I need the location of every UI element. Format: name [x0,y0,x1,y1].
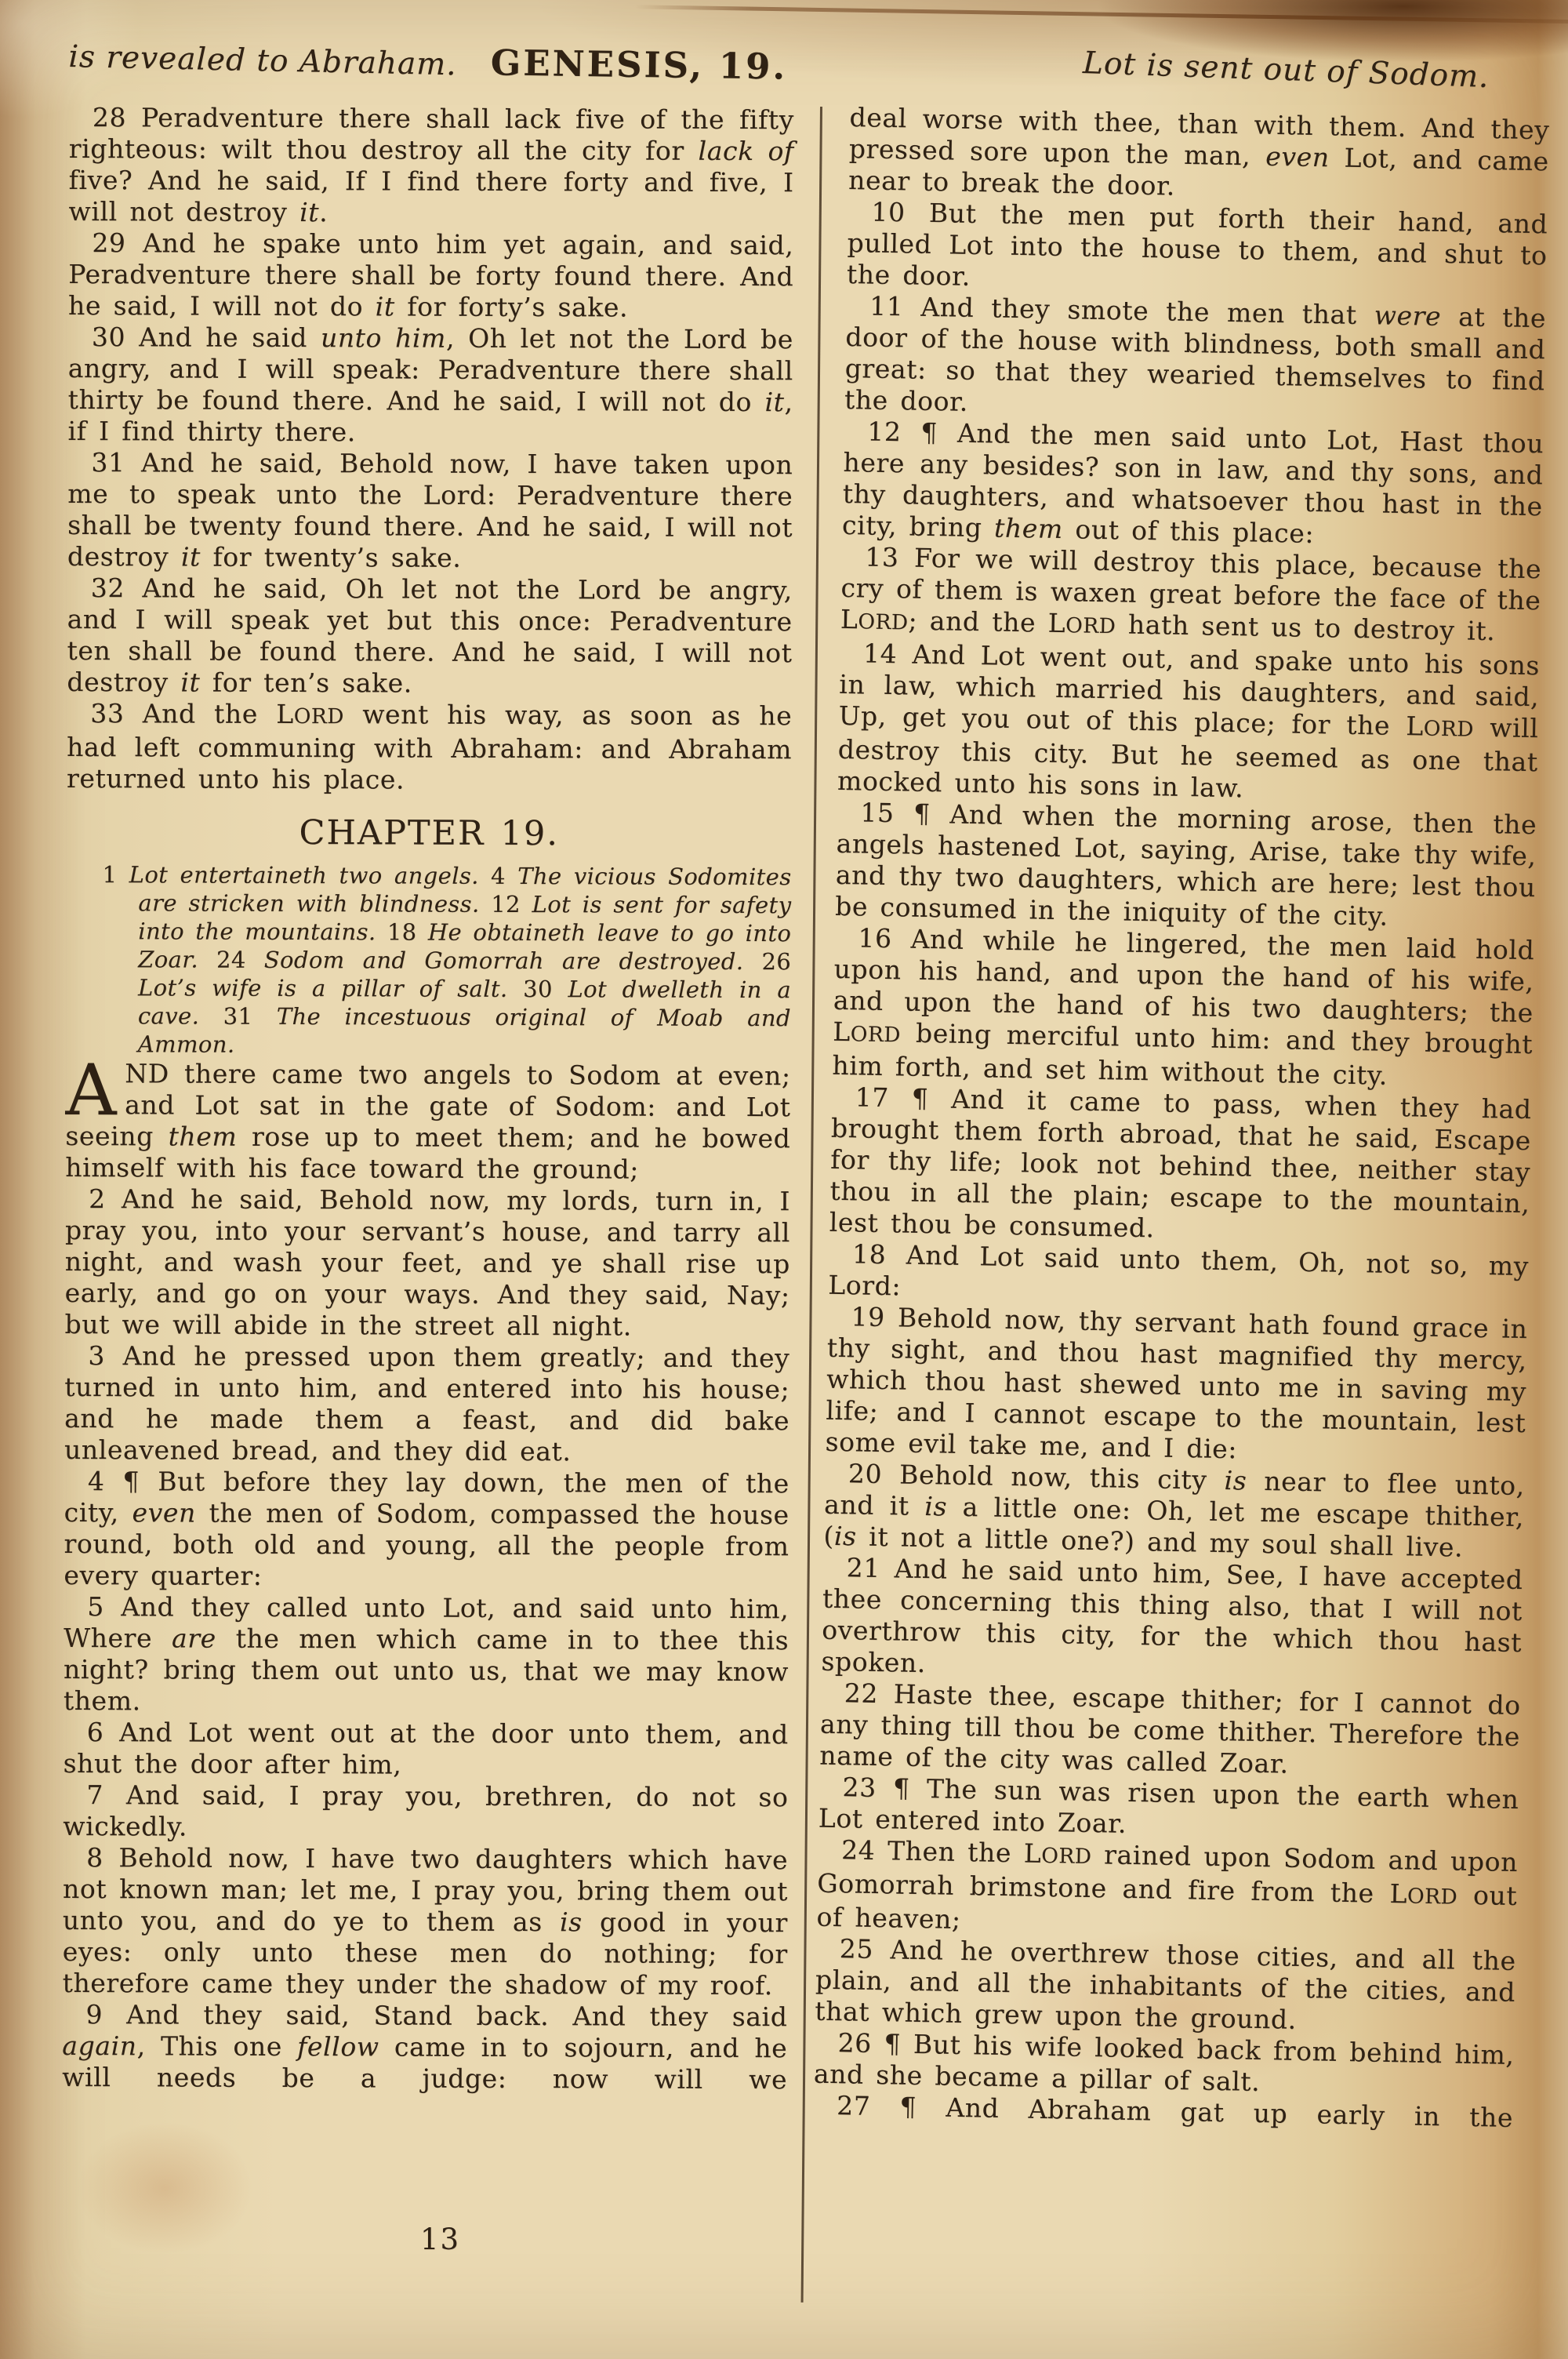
verse-11: 11 And they smote the men that were at t… [844,290,1547,428]
verse-10: 10 But the men put forth their hand, and… [847,196,1548,303]
verse-number: 31 [91,447,125,478]
chapter-heading: CHAPTER 19. [67,816,792,850]
verse-number: 15 [860,797,895,828]
verse-29: 29 And he spake unto him yet again, and … [68,227,793,324]
verse-number: 6 [87,1717,104,1747]
verse-number: 5 [87,1591,104,1622]
left-column: 28 Peradventure there shall lack five of… [62,102,794,2095]
verse-17: 17 ¶ And it came to pass, when they had … [829,1081,1532,1251]
verse-4: 4 ¶ But before they lay down, the men of… [64,1466,789,1594]
verse-number: 12 [867,416,902,447]
verse-number: 30 [92,322,125,352]
verse-7: 7 And said, I pray you, brethren, do not… [63,1779,788,1845]
verse-31: 31 And he said, Behold now, I have taken… [67,447,793,575]
drop-cap: A [65,1058,125,1119]
verse-2: 2 And he said, Behold now, my lords, tur… [64,1183,790,1343]
verse-20: 20 Behold now, this city is near to flee… [823,1458,1525,1565]
verse-15: 15 ¶ And when the morning arose, then th… [835,797,1537,935]
page-top-edge-shadow [635,5,1568,24]
verse-30: 30 And he said unto him, Oh let not the … [67,322,793,449]
verse-number: 8 [86,1842,103,1873]
verse-number: 14 [863,638,898,669]
verse-5: 5 And they called unto Lot, and said unt… [64,1591,789,1719]
verse-number: 25 [839,1933,873,1965]
verse-19: 19 Behold now, thy servant hath found gr… [825,1301,1528,1470]
verse-28: 28 Peradventure there shall lack five of… [68,102,794,230]
verse-13: 13 For we will destroy this place, becau… [840,541,1541,650]
verse-number: 9 [85,1999,103,2030]
verse-9-continuation: deal worse with thee, than with them. An… [848,102,1550,209]
verse-number: 24 [841,1834,876,1866]
verse-number: 3 [88,1340,105,1371]
running-head-left: is revealed to Abraham. [68,39,457,82]
verse-number: 4 [88,1466,105,1496]
page-number: 13 [420,2223,460,2256]
verse-number: 33 [90,698,124,729]
scanned-bible-page: { "page": { "header": { "left": "is reve… [0,0,1568,2359]
verse-number: 26 [837,2027,872,2059]
verse-33: 33 And the LORD went his way, as soon as… [67,698,792,797]
verse-21: 21 And he said unto him, See, I have acc… [821,1552,1523,1690]
verse-number: 23 [842,1772,877,1803]
verse-25: 25 And he overthrew those cities, and al… [815,1933,1516,2040]
verse-number: 22 [844,1677,878,1709]
verse-16: 16 And while he lingered, the men laid h… [832,922,1535,1094]
verse-number: 27 [837,2090,871,2121]
right-column: deal worse with thee, than with them. An… [813,102,1550,2134]
verse-number: 32 [91,572,125,603]
verse-number: 11 [869,291,904,322]
verse-32: 32 And he said, Oh let not the Lord be a… [67,572,793,700]
verse-number: 29 [92,227,125,258]
verse-3: 3 And he pressed upon them greatly; and … [64,1340,790,1468]
verse-14: 14 And Lot went out, and spake unto his … [837,638,1541,809]
verse-1: AND there came two angels to Sodom at ev… [65,1058,791,1186]
verse-8: 8 Behold now, I have two daughters which… [63,1842,789,2001]
verse-12: 12 ¶ And the men said unto Lot, Hast tho… [842,416,1544,554]
verses-chapter19-right: 10 But the men put forth their hand, and… [813,196,1548,2134]
running-head-title: GENESIS, 19. [470,42,808,88]
verse-number: 2 [89,1183,106,1214]
verse-number: 10 [871,197,906,228]
verse-9: 9 And they said, Stand back. And they sa… [62,1999,787,2095]
verse-number: 19 [851,1301,885,1332]
verses-chapter18: 28 Peradventure there shall lack five of… [67,102,794,797]
verse-number: 17 [855,1081,889,1113]
verse-number: 20 [848,1458,883,1489]
verse-24: 24 Then the LORD rained upon Sodom and u… [816,1834,1518,1946]
verses-chapter19-left: AND there came two angels to Sodom at ev… [62,1058,791,2095]
running-head-right: Lot is sent out of Sodom. [1082,45,1490,95]
verse-22: 22 Haste thee, escape thither; for I can… [819,1677,1521,1784]
verse-number: 18 [852,1238,887,1270]
chapter-summary: 1 Lot entertaineth two angels. 4 The vic… [66,860,792,1060]
verse-6: 6 And Lot went out at the door unto them… [64,1717,789,1782]
verse-number: 7 [86,1779,103,1810]
verse-number: 28 [93,102,126,133]
verse-number: 13 [865,541,899,572]
verse-number: 16 [858,922,892,954]
verse-number: 21 [846,1552,880,1583]
